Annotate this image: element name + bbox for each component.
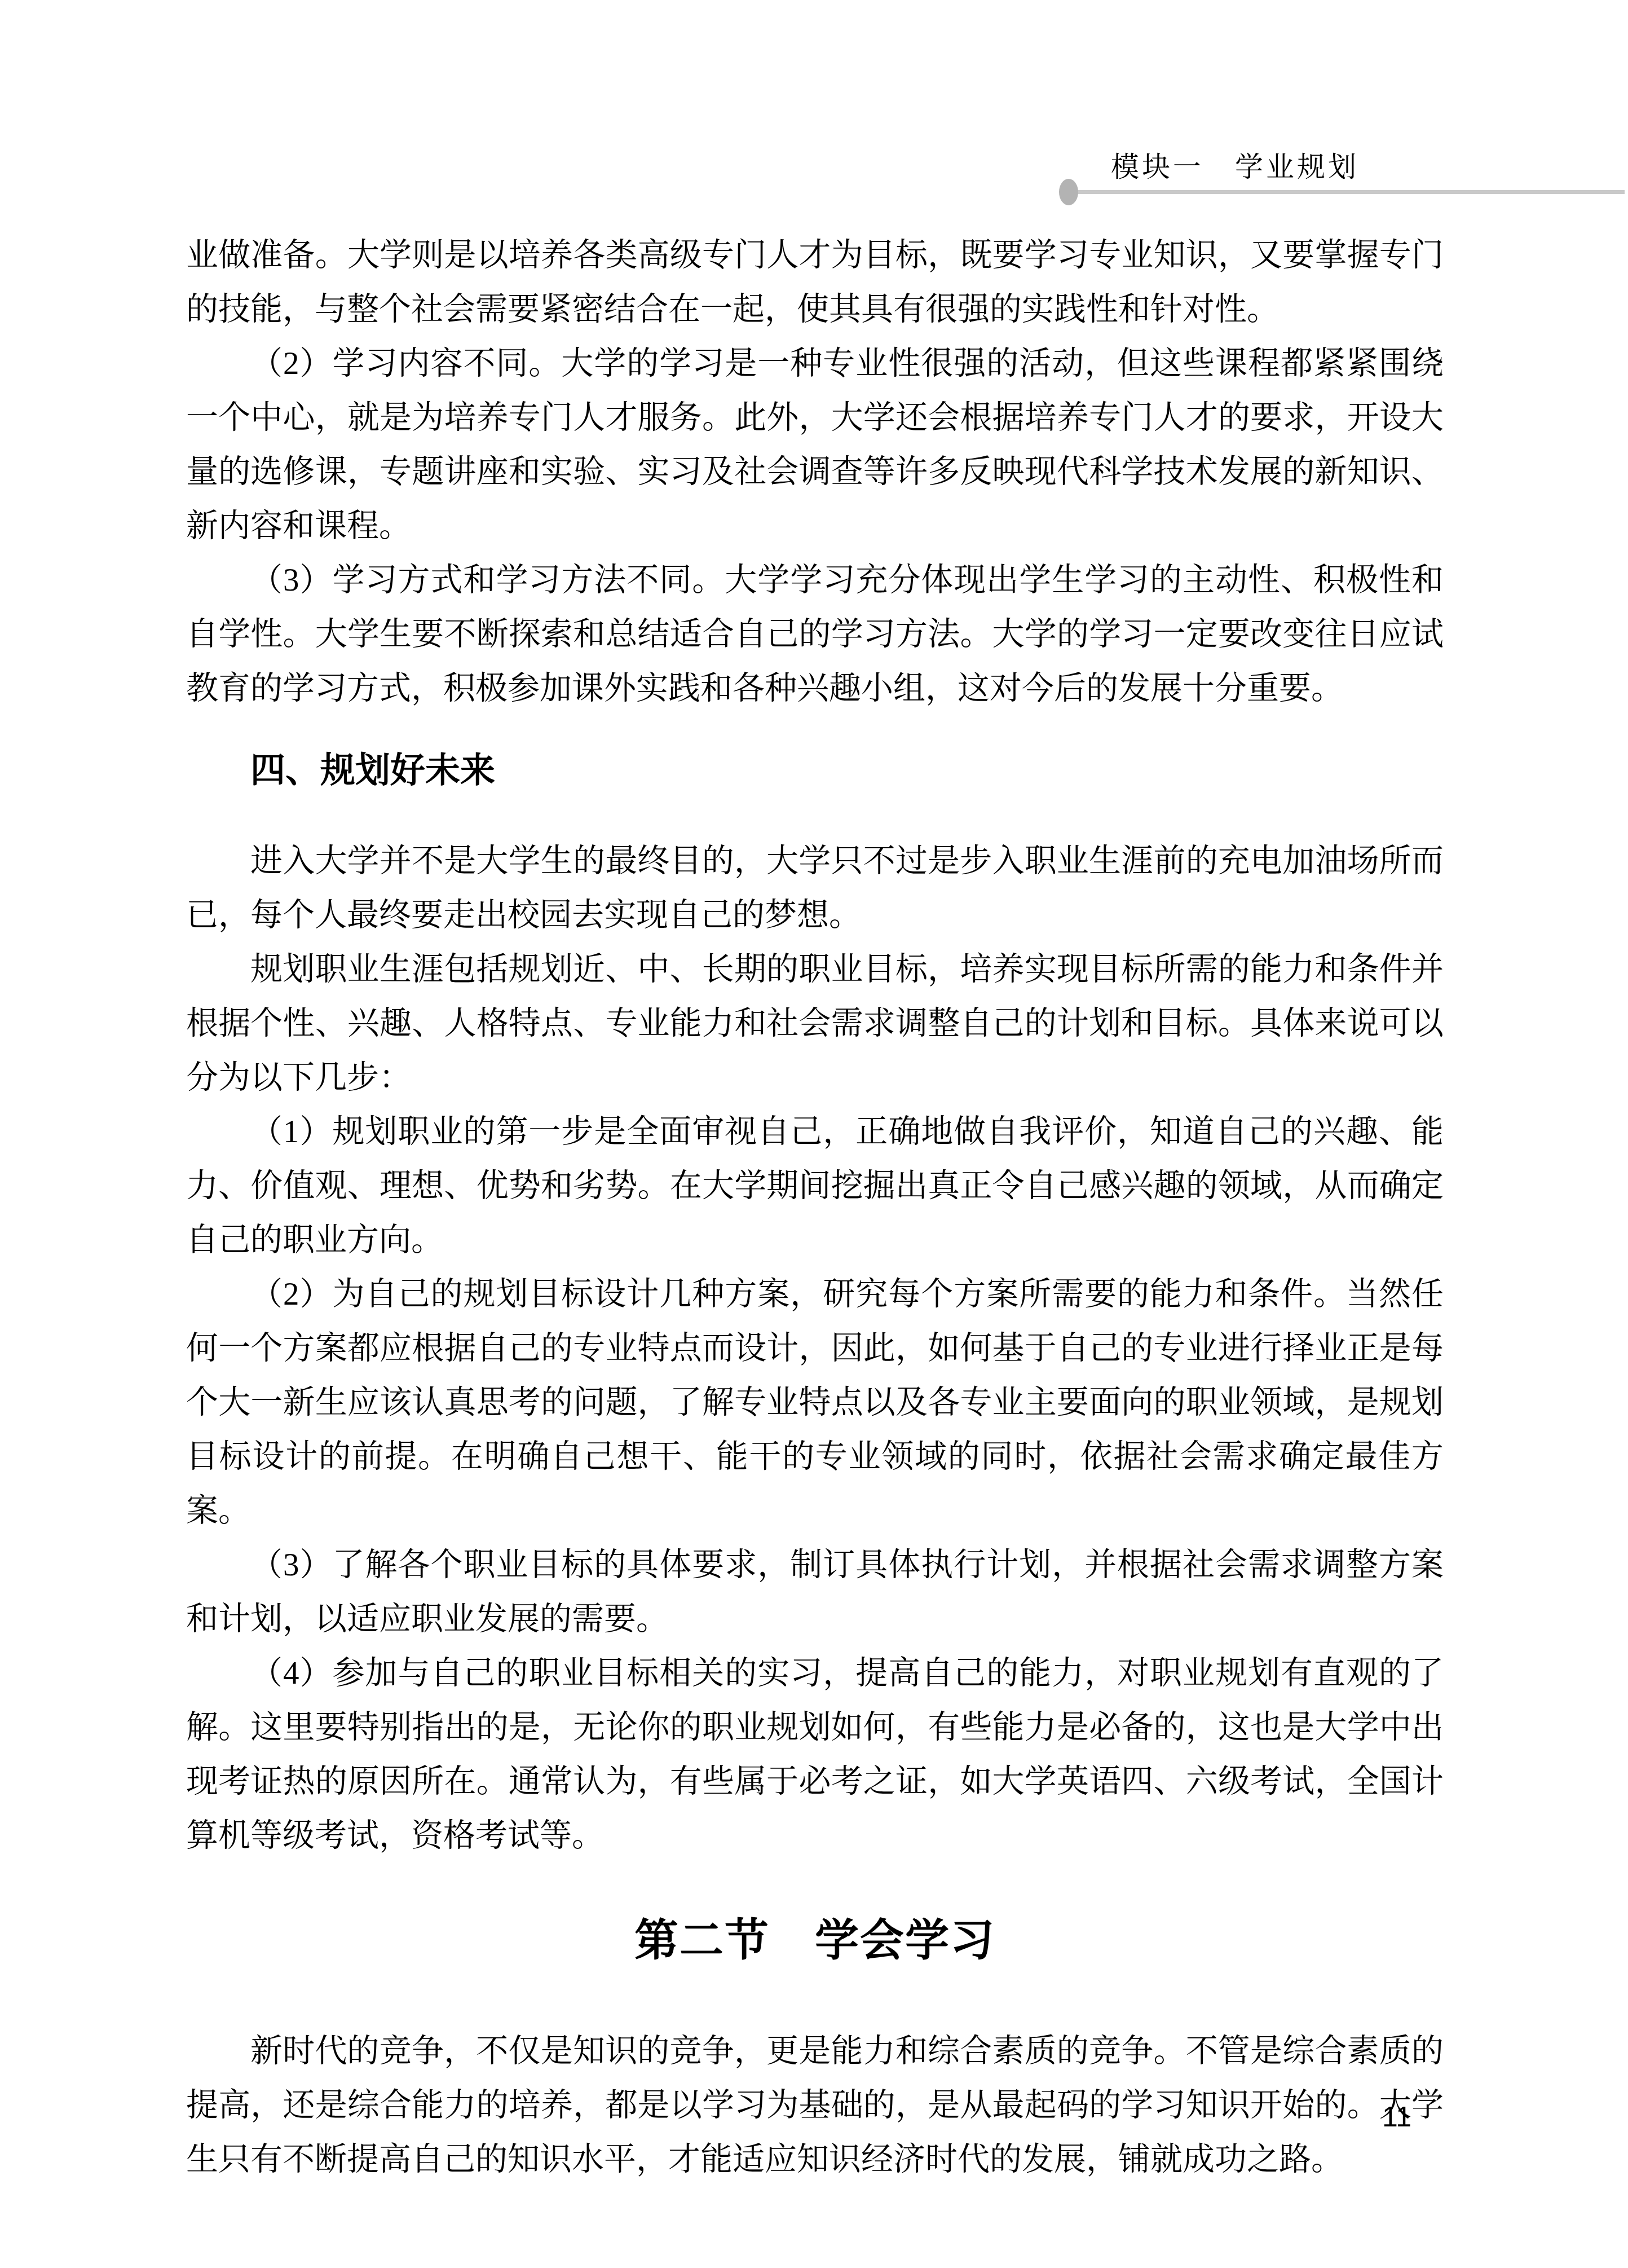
section-title: 第二节 学会学习 [186, 1909, 1444, 1972]
book-page: 模块一 学业规划 业做准备。大学则是以培养各类高级专门人才为目标，既要学习专业知… [0, 0, 1628, 2268]
body-paragraph-new-era: 新时代的竞争，不仅是知识的竞争，更是能力和综合素质的竞争。不管是综合素质的提高，… [186, 2024, 1444, 2187]
body-paragraph-enter-university: 进入大学并不是大学生的最终目的，大学只不过是步入职业生涯前的充电加油场所而已，每… [186, 834, 1444, 943]
page-number: 11 [1382, 2100, 1411, 2133]
body-paragraph-step4: （4）参加与自己的职业目标相关的实习，提高自己的能力，对职业规划有直观的了解。这… [186, 1646, 1444, 1863]
body-paragraph-step3: （3）了解各个职业目标的具体要求，制订具体执行计划，并根据社会需求调整方案和计划… [186, 1538, 1444, 1646]
body-paragraph-continuation: 业做准备。大学则是以培养各类高级专门人才为目标，既要学习专业知识，又要掌握专门的… [186, 228, 1444, 337]
body-paragraph-study-method: （3）学习方式和学习方法不同。大学学习充分体现出学生学习的主动性、积极性和自学性… [186, 553, 1444, 716]
page-body: 业做准备。大学则是以培养各类高级专门人才为目标，既要学习专业知识，又要掌握专门的… [186, 228, 1444, 2187]
body-paragraph-career-planning: 规划职业生涯包括规划近、中、长期的职业目标，培养实现目标所需的能力和条件并根据个… [186, 943, 1444, 1105]
header-rule [1069, 190, 1625, 194]
body-paragraph-study-content: （2）学习内容不同。大学的学习是一种专业性很强的活动，但这些课程都紧紧围绕一个中… [186, 337, 1444, 553]
section-heading-plan-future: 四、规划好未来 [186, 743, 1444, 799]
body-paragraph-step1: （1）规划职业的第一步是全面审视自己，正确地做自我评价，知道自己的兴趣、能力、价… [186, 1105, 1444, 1267]
header-rule-dot [1059, 179, 1078, 205]
body-paragraph-step2: （2）为自己的规划目标设计几种方案，研究每个方案所需要的能力和条件。当然任何一个… [186, 1267, 1444, 1538]
running-header: 模块一 学业规划 [1111, 144, 1359, 185]
